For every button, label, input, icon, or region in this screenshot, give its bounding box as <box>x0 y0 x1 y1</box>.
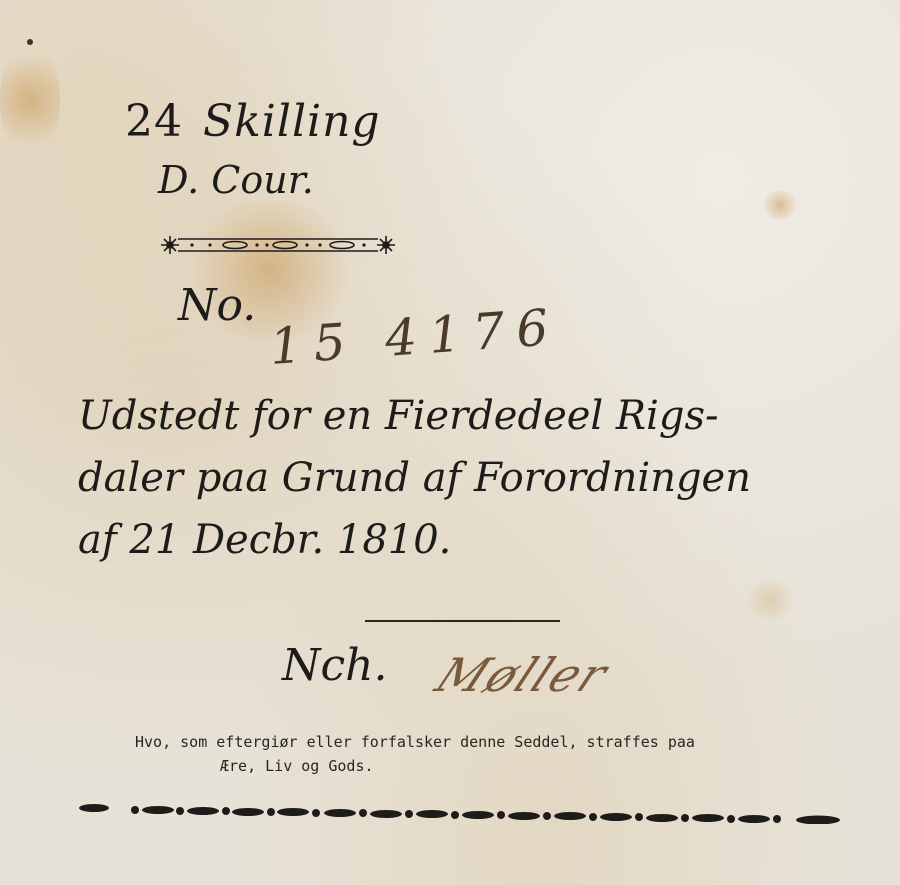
issuance-line: Udstedt for en Fierdedeel Rigs- <box>78 385 868 447</box>
ink-spot <box>27 39 33 45</box>
signature-rule <box>365 620 560 622</box>
signature-handwritten: Møller <box>427 648 618 702</box>
denomination-unit: Skilling <box>203 96 381 147</box>
issuance-text: Udstedt for en Fierdedeel Rigs- daler pa… <box>78 385 868 571</box>
denomination-number: 24 <box>125 96 183 147</box>
serial-label: No. <box>178 280 256 331</box>
warning-line: Ære, Liv og Gods. <box>135 754 835 778</box>
counterfeit-warning: Hvo, som eftergiør eller forfalsker denn… <box>135 730 835 778</box>
bead-border-icon <box>78 800 844 824</box>
stain <box>760 190 800 220</box>
denomination: 24Skilling <box>125 96 381 147</box>
stain <box>740 580 800 620</box>
stain <box>0 40 60 160</box>
issuance-line: daler paa Grund af Forordningen <box>78 447 868 509</box>
warning-line: Hvo, som eftergiør eller forfalsker denn… <box>135 733 695 751</box>
issuance-line: af 21 Decbr. 1810. <box>78 509 868 571</box>
signature-printed: Nch. <box>282 640 387 691</box>
banknote: 24Skilling D. Cour. No. 15 4176 Udstedt … <box>0 0 900 885</box>
currency-label: D. Cour. <box>158 158 314 202</box>
ornament-rule-icon <box>160 234 396 256</box>
